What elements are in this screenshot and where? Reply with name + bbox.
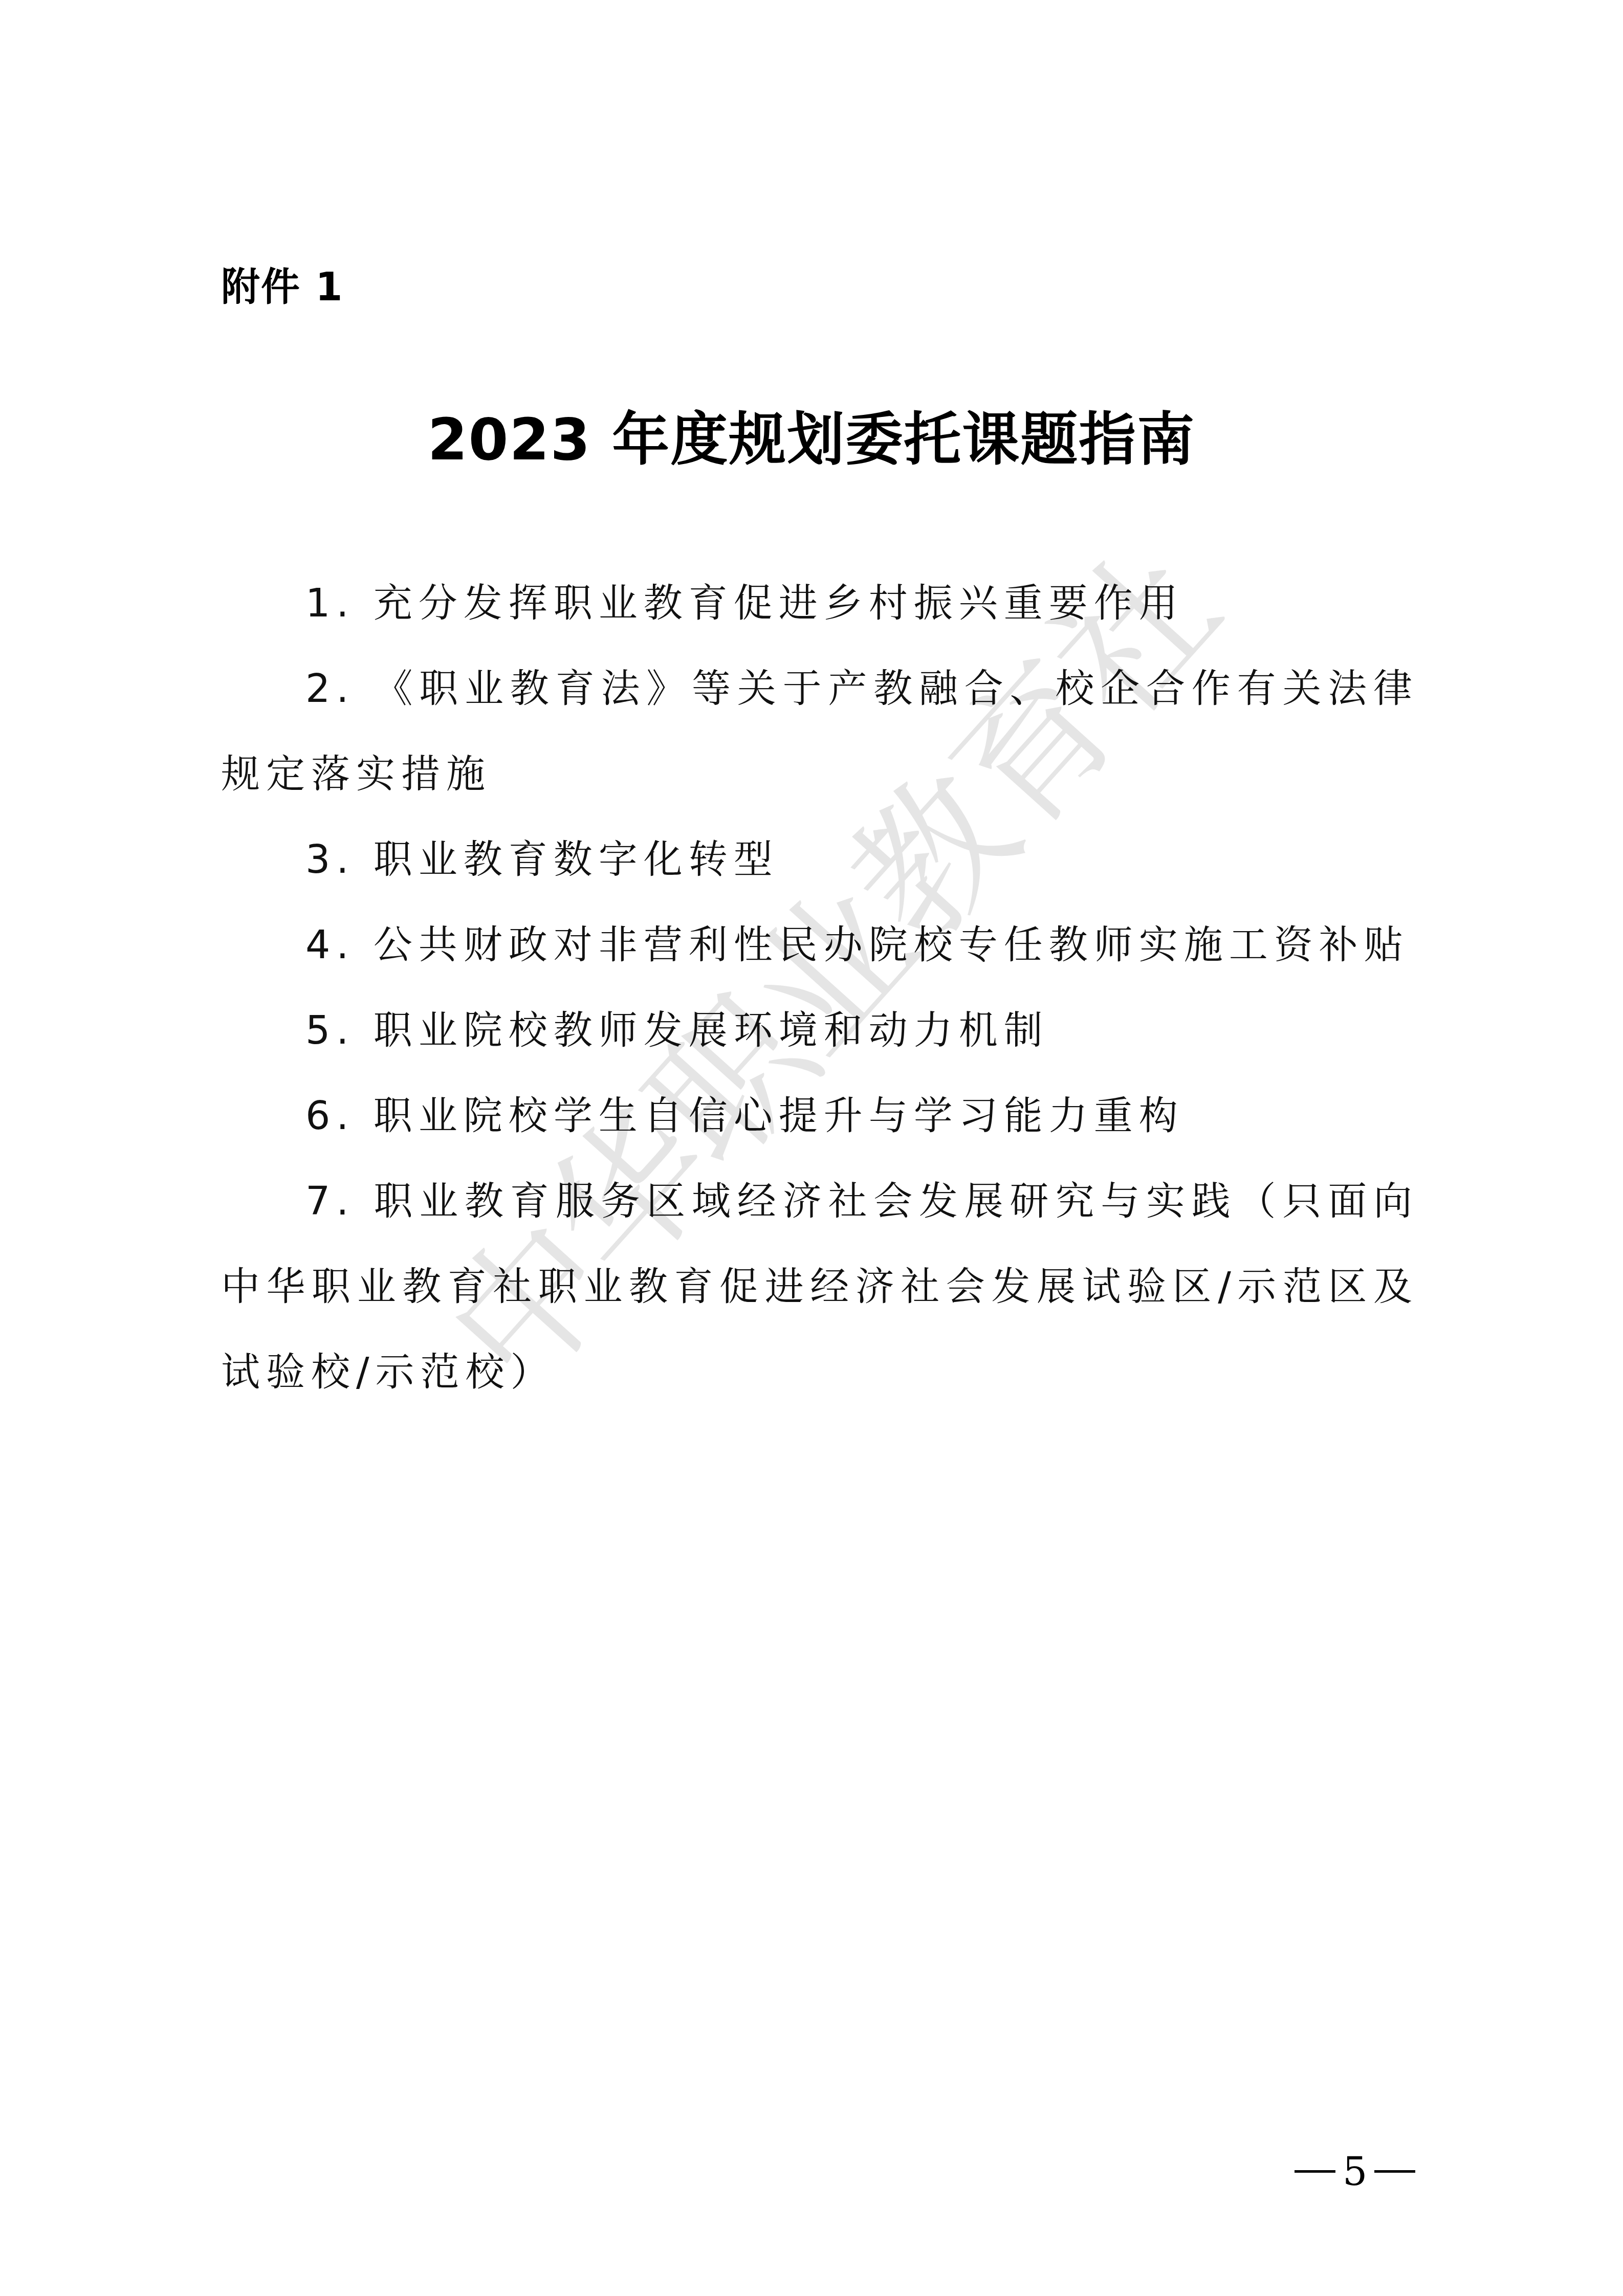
- dash-right: [1374, 2170, 1415, 2173]
- topic-item-5: 5. 职业院校教师发展环境和动力机制: [221, 987, 1418, 1073]
- topic-item-3: 3. 职业教育数字化转型: [221, 816, 1418, 902]
- topic-item-1: 1. 充分发挥职业教育促进乡村振兴重要作用: [221, 560, 1418, 646]
- topic-item-6: 6. 职业院校学生自信心提升与学习能力重构: [221, 1073, 1418, 1158]
- dash-left: [1295, 2170, 1335, 2173]
- attachment-label: 附件 1: [221, 256, 343, 312]
- page-number-value: 5: [1343, 2149, 1367, 2194]
- document-page: 中华职业教育社 附件 1 2023 年度规划委托课题指南 1. 充分发挥职业教育…: [0, 0, 1623, 2296]
- page-number: 5: [1295, 2149, 1415, 2194]
- document-title: 2023 年度规划委托课题指南: [0, 394, 1623, 476]
- topic-item-2: 2. 《职业教育法》等关于产教融合、校企合作有关法律规定落实措施: [221, 646, 1418, 816]
- topic-list: 1. 充分发挥职业教育促进乡村振兴重要作用 2. 《职业教育法》等关于产教融合、…: [221, 560, 1418, 1415]
- topic-item-7: 7. 职业教育服务区域经济社会发展研究与实践（只面向中华职业教育社职业教育促进经…: [221, 1158, 1418, 1415]
- topic-item-4: 4. 公共财政对非营利性民办院校专任教师实施工资补贴: [221, 902, 1418, 987]
